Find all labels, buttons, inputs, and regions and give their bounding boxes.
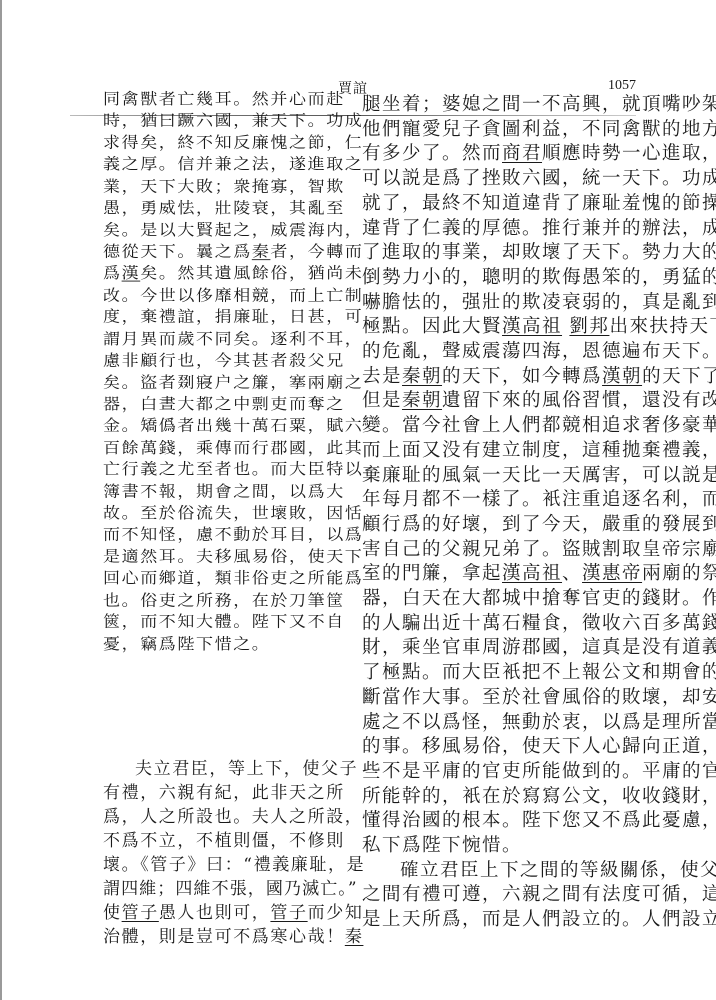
text-line: 的人騙出近十萬石糧食，徵收六百多萬錢 xyxy=(362,611,716,636)
proper-noun-shangjun: 商君 xyxy=(502,143,542,164)
text-line: 而上面又没有建立制度，這種拋棄禮義，擯 xyxy=(362,438,716,463)
text-line: 器，白天在大都城中搶奪官吏的錢財。作僞 xyxy=(362,586,716,611)
text-line: 治體，則是豈可不爲寒心哉！秦 xyxy=(103,925,363,949)
text-line: 謂月異而歲不同矣。逐利不耳， xyxy=(103,329,363,350)
proper-noun-han-huidi: 漢惠帝 xyxy=(582,563,642,584)
text-line: 有禮，六親有紀，此非天之所 xyxy=(103,781,345,805)
text-line: 義之厚。信并兼之法，遂進取之 xyxy=(103,154,363,175)
text-line: 愚，勇威怯，壯陵衰，其亂至 xyxy=(103,198,345,219)
text-line: 確立君臣上下之間的等級關係，使父子 xyxy=(362,858,716,883)
text-line: 處之不以爲怪，無動於衷，以爲是理所當然 xyxy=(362,710,716,735)
text-line: 可以説是爲了挫敗六國，統一天下。功成名 xyxy=(362,166,716,191)
text-line: 室的門簾，拿起漢高祖、漢惠帝兩廟的祭 xyxy=(362,561,716,586)
text-line: 憂，竊爲陛下惜之。 xyxy=(103,634,270,655)
text-line: 是上天所爲，而是人們設立的。人們設立的 xyxy=(362,907,716,932)
text-line: 故。至於俗流失，世壞敗，因恬 xyxy=(103,503,363,524)
text-line: 害自己的父親兄弟了。盜賊割取皇帝宗廟後 xyxy=(362,537,716,562)
proper-noun-han-dynasty: 漢朝 xyxy=(602,366,642,387)
text-line: 年每月都不一樣了。衹注重追逐名利，而不 xyxy=(362,487,716,512)
text-line: 亡行義之尤至者也。而大臣特以 xyxy=(103,459,363,480)
text-line: 了進取的事業，却敗壞了天下。勢力大的壓 xyxy=(362,240,716,265)
text-line: 篋，而不知大體。陛下又不自 xyxy=(103,612,345,633)
proper-noun-guanzi: 管子 xyxy=(122,903,159,923)
text-line: 他們寵愛兒子貪圖利益，不同禽獸的地方没 xyxy=(362,117,716,142)
proper-noun-qin: 秦 xyxy=(252,243,271,261)
proper-noun-qin-dynasty: 秦朝 xyxy=(402,390,442,411)
text-line: 變。當今社會上人們都競相追求奢侈豪華， xyxy=(362,413,716,438)
text-line: 業，天下大敗；衆掩寡，智欺 xyxy=(103,176,345,197)
text-line: 的事。移風易俗，使天下人心歸向正道，這 xyxy=(362,734,716,759)
proper-noun-guanzi: 管子 xyxy=(270,903,307,923)
text-line: 夫立君臣，等上下，使父子 xyxy=(103,757,358,781)
text-line: 顧行爲的好壞，到了今天，嚴重的發展到殺 xyxy=(362,512,716,537)
proper-noun-qin-dynasty: 秦朝 xyxy=(402,366,442,387)
text-line: 腿坐着；婆媳之間一不高興，就頂嘴吵架。 xyxy=(362,92,716,117)
text-line: 但是秦朝遺留下來的風俗習慣，還没有改 xyxy=(362,388,716,413)
text-line: 斷當作大事。至於社會風俗的敗壞，却安然 xyxy=(362,685,716,710)
proper-noun-qin: 秦 xyxy=(345,927,364,947)
proper-noun-han: 漢 xyxy=(122,265,141,283)
text-line: 簿書不報，期會之間，以爲大 xyxy=(103,481,345,502)
text-line: 度，棄禮誼，捐廉耻，日甚，可 xyxy=(103,307,363,328)
text-line: 而不知怪，慮不動於耳目，以爲 xyxy=(103,524,363,545)
text-line: 爲，人之所設也。夫人之所設， xyxy=(103,805,363,829)
text-line: 了極點。而大臣衹把不上報公文和期會的中 xyxy=(362,660,716,685)
text-line: 改。今世以侈靡相競，而上亡制 xyxy=(103,285,363,306)
text-line: 之間有禮可遵，六親之間有法度可循，這不 xyxy=(362,882,716,907)
text-line: 有多少了。然而商君順應時勢一心進取，還 xyxy=(362,141,716,166)
proper-noun-han-gaozu: 漢高祖 xyxy=(502,316,562,337)
text-line: 棄廉耻的風氣一天比一天厲害，可以説是每 xyxy=(362,463,716,488)
text-line: 回心而鄉道，類非俗吏之所能爲 xyxy=(103,568,363,589)
proper-noun-han-gaozu: 漢高祖 xyxy=(502,563,562,584)
text-line: 就了，最終不知道違背了廉耻羞愧的節操， xyxy=(362,191,716,216)
text-line: 極點。因此大賢漢高祖 劉邦出來扶持天下 xyxy=(362,314,716,339)
text-line: 私下爲陛下惋惜。 xyxy=(362,833,522,858)
text-line: 求得矣，終不知反廉愧之節，仁 xyxy=(103,133,363,154)
text-line: 金。矯僞者出幾十萬石粟，賦六 xyxy=(103,415,363,436)
proper-noun-liu-bang: 劉邦 xyxy=(569,316,609,337)
text-line: 謂四維；四維不張，國乃滅亡。” xyxy=(103,877,358,901)
text-line: 財，乘坐官車周游郡國，這真是没有道義到 xyxy=(362,635,716,660)
text-line: 矣。是以大賢起之，威震海内， xyxy=(103,220,363,241)
text-line: 慮非顧行也，今其甚者殺父兄 xyxy=(103,350,345,371)
text-line: 同禽獸者亡幾耳。然并心而赴 xyxy=(103,89,345,110)
text-line: 懂得治國的根本。陛下您又不爲此憂慮，我 xyxy=(362,808,716,833)
text-line: 些不是平庸的官吏所能做到的。平庸的官吏 xyxy=(362,759,716,784)
text-line: 時，猶曰蹶六國，兼天下。功成 xyxy=(103,110,363,131)
text-line: 不爲不立，不植則僵，不修則 xyxy=(103,829,345,853)
text-line: 矣。盜者剟寢户之簾，搴兩廟之 xyxy=(103,373,363,394)
text-line: 壞。《管子》曰：“禮義廉耻，是 xyxy=(103,853,365,877)
text-line: 嚇膽怯的，强壯的欺凌衰弱的，真是亂到了 xyxy=(362,290,716,315)
text-line: 器，白晝大都之中剽吏而奪之 xyxy=(103,394,345,415)
text-line: 去是秦朝的天下，如今轉爲漢朝的天下了。 xyxy=(362,364,716,389)
scan-left-edge xyxy=(0,0,2,1000)
text-line: 倒勢力小的，聰明的欺侮愚笨的，勇猛的威 xyxy=(362,265,716,290)
text-line: 使管子愚人也則可，管子而少知 xyxy=(103,901,363,925)
text-line: 也。俗吏之所務，在於刀筆筐 xyxy=(103,590,345,611)
text-line: 是適然耳。夫移風易俗，使天下 xyxy=(103,546,363,567)
text-line: 違背了仁義的厚德。推行兼并的辦法，成就 xyxy=(362,216,716,241)
text-line: 的危亂，聲威震蕩四海，恩德遍布天下。過 xyxy=(362,339,716,364)
text-line: 德從天下。曩之爲秦者，今轉而 xyxy=(103,241,363,262)
text-line: 爲漢矣。然其遺風餘俗，猶尚未 xyxy=(103,263,363,284)
text-line: 百餘萬錢，乘傳而行郡國，此其 xyxy=(103,438,363,459)
text-line: 所能幹的，衹在於寫寫公文，收收錢財，不 xyxy=(362,784,716,809)
